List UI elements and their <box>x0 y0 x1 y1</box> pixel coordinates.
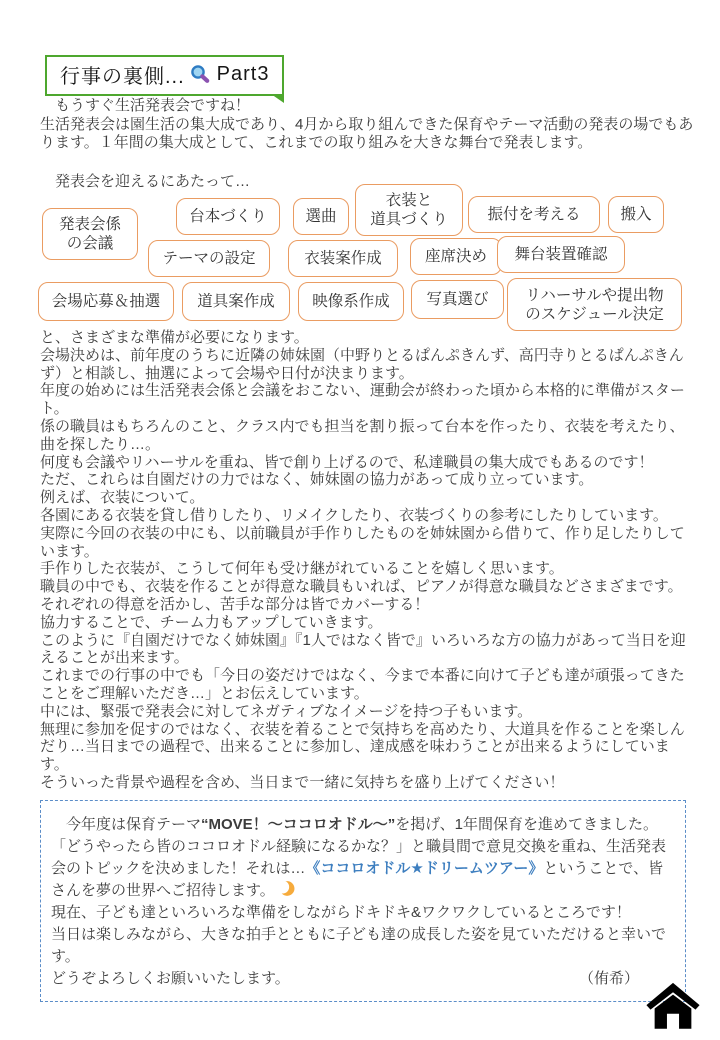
theme-p1-suffix: を掲げ、1年間保育を進めてきました。 <box>395 816 658 833</box>
body-paragraph: 例えば、衣装について。 <box>40 489 696 507</box>
body-paragraph: これまでの行事の中でも「今日の姿だけではなく、今まで本番に向けて子ども達が頑張っ… <box>40 667 696 703</box>
theme-paragraph-3: 現在、子ども達といろいろな準備をしながらドキドキ&ワクワクしているところです！ <box>51 902 675 924</box>
task-box: 衣装案作成 <box>288 240 398 277</box>
theme-paragraph-2: 「どうやったら皆のココロオドル経験になるかな？」と職員間で意見交換を重ね、生活発… <box>51 836 675 902</box>
body-paragraph: このように『自園だけでなく姉妹園』『1人ではなく皆で』いろいろな方の協力があって… <box>40 632 696 668</box>
theme-highlight: 《ココロオドル★ドリームツアー》 <box>305 860 543 877</box>
task-box: 選曲 <box>293 198 349 235</box>
task-box: 会場応募＆抽選 <box>38 282 174 321</box>
body-paragraph: 実際に今回の衣装の中にも、以前職員が手作りしたものを姉妹園から借りて、作り足した… <box>40 525 696 561</box>
home-button[interactable] <box>644 978 702 1036</box>
task-box: 座席決め <box>410 238 502 275</box>
theme-box: 今年度は保育テーマ“MOVE！～ココロオドル～”を掲げ、1年間保育を進めてきまし… <box>40 800 686 1002</box>
article-title-part: Part3 <box>217 63 270 86</box>
body-paragraph: 無理に参加を促すのではなく、衣装を着ることで気持ちを高めたり、大道具を作ることを… <box>40 721 696 774</box>
task-board: 発表会係 の会議 台本づくり 選曲 衣装と 道具づくり 振付を考える 搬入 テー… <box>0 178 720 333</box>
intro-greeting: もうすぐ生活発表会ですね！ <box>40 97 696 116</box>
article-title-box: 行事の裏側... Part3 <box>45 55 284 96</box>
theme-paragraph-5: どうぞよろしくお願いいたします。 （侑希） <box>51 968 675 990</box>
article-body: と、さまざまな準備が必要になります。 会場決めは、前年度のうちに近隣の姉妹園（中… <box>40 329 696 792</box>
task-box: 衣装と 道具づくり <box>355 184 463 236</box>
theme-title: “MOVE！～ココロオドル～” <box>201 816 395 833</box>
body-paragraph: ただ、これらは自園だけの力ではなく、姉妹園の協力があって成り立っています。 <box>40 471 696 489</box>
task-box: 発表会係 の会議 <box>42 208 138 260</box>
task-box: 搬入 <box>608 196 664 233</box>
body-paragraph: 職員の中でも、衣装を作ることが得意な職員もいれば、ピアノが得意な職員などさまざま… <box>40 578 696 596</box>
magnifier-icon <box>190 64 212 86</box>
closing-text: どうぞよろしくお願いいたします。 <box>51 968 290 990</box>
task-box: 道具案作成 <box>182 282 290 321</box>
task-box: 振付を考える <box>468 196 600 233</box>
body-paragraph: 手作りした衣装が、こうして何年も受け継がれていることを嬉しく思います。 <box>40 560 696 578</box>
theme-paragraph-4: 当日は楽しみながら、大きな拍手とともに子ども達の成長した姿を見ていただけると幸い… <box>51 924 675 968</box>
body-paragraph: 係の職員はもちろんのこと、クラス内でも担当を割り振って台本を作ったり、衣装を考え… <box>40 418 696 454</box>
body-paragraph: それぞれの得意を活かし、苦手な部分は皆でカバーする！ <box>40 596 696 614</box>
intro-paragraph: 生活発表会は園生活の集大成であり、4月から取り組んできた保育やテーマ活動の発表の… <box>40 116 696 153</box>
task-box: テーマの設定 <box>148 240 270 277</box>
task-box: 台本づくり <box>176 198 280 235</box>
body-paragraph: 何度も会議やリハーサルを重ね、皆で創り上げるので、私達職員の集大成でもあるのです… <box>40 454 696 472</box>
task-box: 舞台装置確認 <box>497 236 625 273</box>
body-paragraph: 中には、緊張で発表会に対してネガティブなイメージを持つ子もいます。 <box>40 703 696 721</box>
body-paragraph: そういった背景や過程を含め、当日まで一緒に気持ちを盛り上げてください！ <box>40 774 696 792</box>
article-title: 行事の裏側... <box>60 60 185 89</box>
body-paragraph: 年度の始めには生活発表会係と会議をおこない、運動会が終わった頃から本格的に準備が… <box>40 382 696 418</box>
body-paragraph: と、さまざまな準備が必要になります。 <box>40 329 696 347</box>
task-box: 映像系作成 <box>298 282 404 321</box>
theme-p1-prefix: 今年度は保育テーマ <box>51 816 201 833</box>
theme-paragraph-1: 今年度は保育テーマ“MOVE！～ココロオドル～”を掲げ、1年間保育を進めてきまし… <box>51 814 675 836</box>
body-paragraph: 協力することで、チーム力もアップしていきます。 <box>40 614 696 632</box>
task-box: リハーサルや提出物 のスケジュール決定 <box>507 278 682 331</box>
home-icon <box>644 978 702 1036</box>
body-paragraph: 会場決めは、前年度のうちに近隣の姉妹園（中野りとるぱんぷきんず、高円寺りとるぱん… <box>40 347 696 383</box>
crescent-moon-icon <box>278 880 295 897</box>
task-box: 写真選び <box>411 280 504 319</box>
body-paragraph: 各園にある衣装を貸し借りしたり、リメイクしたり、衣装づくりの参考にしたりしていま… <box>40 507 696 525</box>
page: 行事の裏側... Part3 もうすぐ生活発表会ですね！ 生活発表会は園生活の集… <box>0 0 720 1040</box>
